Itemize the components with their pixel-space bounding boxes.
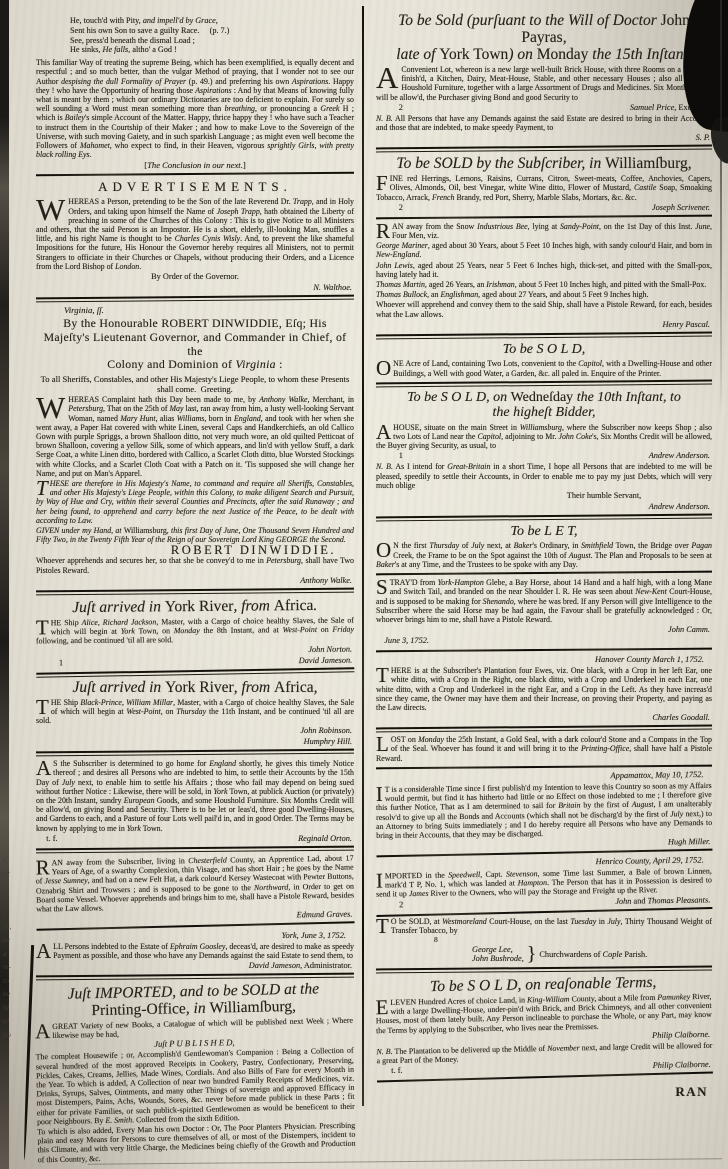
signature-row: 1Andrew Anderson.: [378, 451, 710, 461]
drop-cap: I: [376, 871, 385, 888]
drop-cap: L: [376, 735, 391, 752]
signature: Charles Goodall.: [652, 713, 710, 723]
section-rule: [36, 749, 354, 757]
paragraph: To all Sheriffs, Constables, and other H…: [36, 374, 354, 394]
paragraph: Whoever will apprehend and convey them t…: [376, 300, 712, 318]
ad-section: York, June 3, 1752.ALL Persons indebted …: [36, 931, 354, 979]
ad-section: To be L E T,ON the first Thursday of Jul…: [376, 524, 712, 574]
drop-cap: A: [376, 65, 401, 90]
signature-row: Their humble Servant,: [378, 491, 710, 501]
section-rule: [36, 845, 354, 853]
ad-section: Hanover County March 1, 1752.THERE is at…: [376, 655, 712, 731]
show-through-fragment: a: [3, 947, 27, 961]
ad-headline: By the Honourable ROBERT DINWIDDIE, Eſq;…: [36, 317, 354, 372]
paragraph: IT is a considerable Time since I first …: [376, 781, 713, 840]
row-center: Their humble Servant,: [378, 491, 710, 501]
paragraph: This familiar Way of treating the suprem…: [36, 58, 354, 159]
show-through-fragment: i: [3, 906, 27, 920]
section-rule: [376, 725, 712, 733]
brace-text: Churchwardens of Cople Parish.: [539, 950, 647, 960]
headline-line: the higheſt Bidder,: [376, 405, 712, 421]
show-through-fragment: lio: [3, 1028, 27, 1042]
signature-row: ROBERT DINWIDDIE.: [38, 545, 352, 555]
drop-cap: A: [36, 942, 53, 959]
paragraph: RAN away from the Snow Industrious Bee, …: [376, 222, 712, 240]
show-through-fragment: ke: [3, 866, 27, 880]
row-center: By Order of the Governor.: [38, 272, 352, 282]
row-center: [403, 903, 615, 906]
signature: Philip Claiborne.: [652, 1030, 710, 1041]
section-rule: [376, 648, 712, 653]
headline-line: Colony and Dominion of Virginia :: [36, 358, 354, 372]
headline-line: To be S O L D, on Wedneſday the 10th Inſ…: [376, 390, 712, 406]
signature: Humphry Hill.: [304, 737, 352, 747]
signature-row: N. Walthoe.: [38, 283, 352, 293]
signature: Edmund Graves.: [297, 909, 353, 920]
ad-headline: Juſt arrived in York River, from Africa.: [36, 597, 354, 617]
drop-cap: T: [376, 917, 391, 934]
paragraph: ELEVEN Hundred Acres of choice Land, in …: [375, 992, 712, 1035]
paragraph: WHEREAS a Person, pretending to be the S…: [36, 197, 354, 271]
signature-row: Virginia, ſſ.: [38, 305, 352, 315]
row-left: t. f.: [38, 834, 58, 844]
ad-section: Appamattox, May 10, 1752.IT is a conside…: [376, 770, 713, 856]
signature: Andrew Anderson.: [649, 451, 710, 461]
drop-cap: W: [36, 395, 68, 420]
row-left: Virginia, ſſ.: [64, 305, 104, 315]
poem-line: He sinks, He falls, altho' a God !: [70, 45, 354, 55]
ad-section: To be SOLD by the Subſcriber, in William…: [376, 155, 712, 218]
signature: ROBERT DINWIDDIE.: [171, 545, 352, 555]
paragraph: TO be SOLD, at Westmoreland Court-House,…: [376, 917, 712, 935]
ad-headline: Juſt arrived in York River, from Africa,: [36, 679, 354, 696]
show-through-fragment: is: [3, 879, 27, 893]
ad-section: RAN: [376, 1084, 712, 1100]
ad-section: Juſt arrived in York River, from Africa,…: [36, 679, 354, 756]
signature: John Norton.: [308, 644, 352, 654]
ad-section: To be S O L D, on reaſonable Terms,ELEVE…: [375, 973, 713, 1082]
signature: Philip Claiborne.: [653, 1060, 711, 1071]
signature: David Jameson, Administrator.: [249, 961, 352, 971]
show-through-fragment: ry: [3, 893, 27, 907]
section-rule: [376, 514, 712, 522]
signature: Andrew Anderson.: [649, 502, 710, 512]
paragraph: Whoever apprehends and secures her, so t…: [36, 556, 354, 574]
signature: Anthony Walke.: [300, 576, 352, 586]
brace-glyph: }: [527, 950, 537, 960]
dateline: Hanover County March 1, 1752.: [376, 655, 704, 665]
paragraph: THERE is at the Subscriber's Plantation …: [376, 666, 712, 712]
brace-name: John Bushrode,: [472, 954, 524, 964]
paragraph: ALL Persons indebted to the Estate of Ep…: [36, 942, 354, 960]
paragraph: Thomas Bullock, an Englishman, aged abou…: [376, 290, 712, 299]
signature-row: David Jameson, Administrator.: [38, 961, 352, 971]
show-through-fragment: a!: [3, 1014, 27, 1028]
paragraph: The compleat Housewife ; or, Accomplish'…: [36, 1046, 355, 1126]
row-left: t. f.: [379, 1066, 403, 1076]
headline-line: To be L E T,: [376, 524, 712, 540]
ad-headline: To be Sold (purſuant to the Will of Doct…: [376, 12, 712, 63]
left-column: He, touch'd with Pity, and impell'd by G…: [36, 14, 354, 1162]
headline-line: Juſt arrived in York River, from Africa.: [36, 597, 354, 617]
ad-headline: To be S O L D, on Wedneſday the 10th Inſ…: [376, 390, 712, 421]
headline-line: By the Honourable ROBERT DINWIDDIE, Eſq;…: [36, 317, 354, 331]
section-rule: [36, 667, 354, 678]
signature-row: John Robinson.: [38, 726, 352, 736]
ad-section: Henrico County, April 29, 1752.IMPORTED …: [376, 855, 713, 915]
ad-section: RAN away from the Snow Industrious Bee, …: [376, 222, 712, 338]
drop-cap: T: [36, 479, 50, 496]
poem-extract: He, touch'd with Pity, and impell'd by G…: [70, 16, 354, 55]
signature: Henry Pascal.: [663, 320, 710, 330]
dateline: York, June 3, 1752.: [36, 931, 346, 941]
row-center: [403, 1068, 653, 1073]
paragraph: AConvenient Lot, whereon is a new large …: [376, 65, 712, 102]
row-left: June 3, 1752.: [378, 636, 429, 646]
drop-cap: R: [35, 858, 51, 875]
drop-cap: A: [36, 759, 53, 776]
paragraph: N. B. As I intend for Great-Britain in a…: [376, 462, 712, 490]
show-through-fragment: be: [3, 987, 27, 1001]
signature-row: Anthony Walke.: [38, 576, 352, 586]
paragraph: IMPORTED in the Speedwell, Capt. Stevens…: [376, 866, 712, 899]
ad-headline: To be SOLD by the Subſcriber, in William…: [376, 155, 712, 172]
headline-line: Juſt arrived in York River, from Africa,: [36, 679, 354, 696]
drop-cap: W: [36, 197, 68, 222]
row-left: 2: [378, 103, 403, 113]
paper-edge-line: [720, 0, 722, 420]
brace-names: George Lee,John Bushrode,: [472, 945, 524, 964]
drop-cap: T: [36, 698, 51, 715]
headline-line: To be Sold (purſuant to the Will of Doct…: [376, 12, 712, 46]
section-rule: [376, 379, 712, 387]
drop-cap: R: [376, 222, 392, 239]
section-rule: [36, 295, 354, 303]
paragraph: THESE are therefore in His Majesty's Nam…: [36, 479, 354, 525]
ad-section: To be S O L D,ONE Acre of Land, containi…: [376, 342, 712, 386]
drop-cap: F: [376, 174, 390, 191]
row-left: 1: [378, 451, 403, 461]
section-rule: [36, 973, 354, 981]
newspaper-page: He, touch'd with Pity, and impell'd by G…: [0, 0, 728, 1169]
ad-section: STRAY'D from York-Hampton Glebe, a Bay H…: [376, 578, 712, 651]
signature: Hugh Miller.: [668, 837, 711, 848]
paragraph: RAN away from the Subscriber, living in …: [35, 853, 354, 913]
section-rule: [36, 588, 354, 596]
ad-headline: To be L E T,: [376, 524, 712, 540]
show-through-fragment: to: [3, 974, 27, 988]
poem-line: Sent his own Son to save a guilty Race. …: [70, 26, 354, 36]
signature-row: t. f.Reginald Orton.: [38, 834, 352, 844]
drop-cap: O: [376, 541, 393, 558]
paragraph: LOST on Monday the 25th Instant, a Gold …: [376, 735, 712, 763]
paragraph: To which is also added, Every Man his ow…: [37, 1121, 356, 1164]
row-center: [378, 844, 668, 848]
drop-cap: T: [376, 666, 391, 683]
headline-line: To be S O L D,: [376, 342, 712, 358]
ad-section: Virginia, ſſ.By the Honourable ROBERT DI…: [36, 305, 354, 594]
paragraph: STRAY'D from York-Hampton Glebe, a Bay H…: [376, 578, 712, 624]
paragraph: George Mariner, aged about 30 Years, abo…: [376, 241, 712, 259]
ad-section: AS the Subscriber is determined to go ho…: [36, 759, 354, 852]
signature-row: 2Samuel Price, Executor.: [378, 103, 710, 113]
section-rule: [376, 331, 712, 339]
ad-section: TO be SOLD, at Westmoreland Court-House,…: [376, 917, 712, 972]
right-column: To be Sold (purſuant to the Will of Doct…: [376, 10, 712, 1101]
signature: John Camm.: [668, 625, 710, 635]
signature-row: Andrew Anderson.: [378, 502, 710, 512]
signature: David Jameson.: [299, 655, 353, 665]
drop-cap: S: [376, 578, 390, 595]
drop-cap: E: [375, 998, 390, 1015]
ad-headline: Juſt IMPORTED, and to be SOLD at thePrin…: [34, 980, 353, 1021]
show-through-fragment: d: [3, 852, 27, 866]
brace-group: George Lee,John Bushrode,}Churchwardens …: [472, 945, 712, 964]
signature-row: John Camm.: [378, 625, 710, 635]
signature-row: Henry Pascal.: [378, 320, 710, 330]
paragraph: FINE red Herrings, Lemons, Raisins, Curr…: [376, 174, 712, 202]
row-center: [63, 663, 299, 665]
paragraph: Thomas Martin, aged 26 Years, an Irishma…: [376, 280, 712, 289]
paragraph: AHOUSE, situate on the main Street in Wi…: [376, 423, 712, 451]
ad-section: Juſt arrived in York River, from Africa.…: [36, 597, 355, 676]
ad-section: RAN away from the Subscriber, living in …: [35, 853, 354, 929]
paragraph: GIVEN under my Hand, at Williamsburg, th…: [36, 526, 354, 544]
poem-line: See, press'd beneath the dismal Load ;: [70, 36, 354, 46]
show-through-fragment: ld: [3, 1001, 27, 1015]
section-rule: [376, 571, 712, 576]
signature-row: Charles Goodall.: [378, 713, 710, 723]
row-left: 2: [378, 900, 403, 910]
signature: S. P.: [696, 133, 710, 143]
section-rule: [376, 966, 712, 974]
ad-section: To be Sold (purſuant to the Will of Doct…: [376, 12, 712, 151]
ad-section: LOST on Monday the 25th Instant, a Gold …: [376, 735, 712, 768]
section-rule: [36, 172, 354, 176]
signature-row: June 3, 1752.: [378, 636, 710, 646]
ad-section: He, touch'd with Pity, and impell'd by G…: [36, 16, 354, 175]
paragraph: ONE Acre of Land, containing Two Lots, c…: [376, 359, 712, 377]
paragraph: John Lewis, aged about 25 Years, near 5 …: [376, 261, 712, 279]
brace-name: George Lee,: [472, 945, 524, 955]
advertisements-heading: ADVERTISEMENTS.: [36, 179, 354, 195]
headline-line: late of York Town) on Monday the 15th In…: [376, 46, 712, 63]
section-rule: [376, 764, 712, 769]
catchword: RAN: [376, 1084, 708, 1100]
section-rule: [376, 215, 712, 220]
headline-line: Majeſty's Lieutenant Governor, and Comma…: [36, 331, 354, 359]
show-through-fragments: dkeisryins,keam-tobelda!lio: [3, 852, 27, 1041]
signature-row: By Order of the Governor.: [38, 272, 352, 282]
paragraph: N. B. All Persons that have any Demands …: [376, 114, 712, 132]
signature-row: 1David Jameson.: [38, 655, 352, 668]
ad-section: To be S O L D, on Wedneſday the 10th Inſ…: [376, 390, 712, 520]
paragraph: ON the first Thursday of July next, at B…: [376, 541, 712, 569]
drop-cap: A: [376, 423, 393, 440]
drop-cap: I: [376, 785, 385, 802]
row-center: [38, 917, 296, 921]
section-rule: [376, 145, 712, 153]
row-left: 1: [38, 658, 63, 668]
paragraph: THE Ship Alice, Richard Jackson, Master,…: [36, 616, 354, 646]
paragraph: AS the Subscriber is determined to go ho…: [36, 759, 354, 833]
paragraph: [The Conclusion in our next.]: [36, 160, 354, 170]
signature: N. Walthoe.: [313, 283, 352, 293]
signature: Joseph Scrivener.: [652, 203, 710, 213]
ad-section: Juſt IMPORTED, and to be SOLD at thePrin…: [34, 980, 356, 1164]
row-left: 2: [378, 203, 403, 213]
signature: John Robinson.: [300, 726, 352, 736]
poem-line: He, touch'd with Pity, and impell'd by G…: [70, 16, 354, 26]
signature: John and Thomas Pleasants.: [615, 895, 710, 906]
show-through-fragment: ns,: [3, 920, 27, 934]
paragraph: THE Ship Black-Prince, William Millar, M…: [36, 698, 354, 726]
drop-cap: T: [36, 618, 51, 635]
drop-cap: O: [376, 359, 393, 376]
ad-section: ADVERTISEMENTS.WHEREAS a Person, pretend…: [36, 179, 354, 301]
signature-row: 2Joseph Scrivener.: [378, 203, 710, 213]
column-divider-rule: [362, 6, 364, 1106]
drop-cap: A: [35, 1022, 53, 1039]
compositor-mark: 8: [434, 936, 712, 944]
signature-row: S. P.: [378, 133, 710, 143]
show-through-fragment: ke: [3, 933, 27, 947]
paragraph: WHEREAS Complaint hath this Day been mad…: [36, 395, 354, 478]
headline-line: To be SOLD by the Subſcriber, in William…: [376, 155, 712, 172]
signature: Reginald Orton.: [298, 834, 352, 844]
ad-headline: To be S O L D,: [376, 342, 712, 358]
row-center: [38, 652, 308, 654]
show-through-fragment: m-: [3, 960, 27, 974]
signature-row: Humphry Hill.: [38, 737, 352, 747]
